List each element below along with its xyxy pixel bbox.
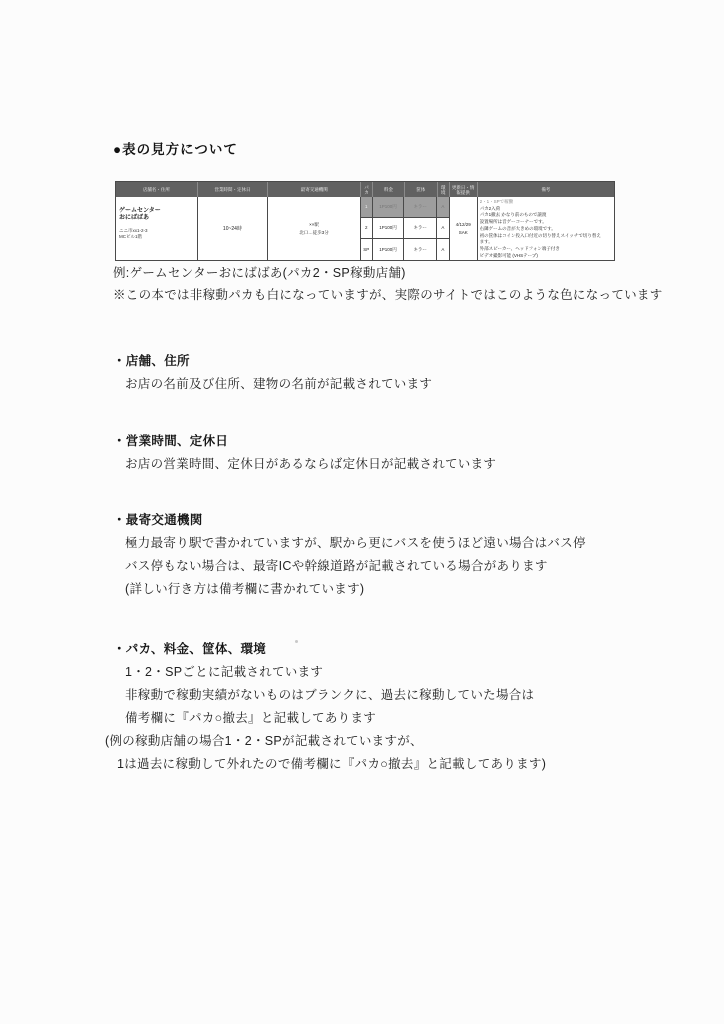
header-store: 店舗名・住所 — [116, 182, 198, 197]
store-cell: ゲームセンター おにばばあ ニニ市xx1-2-3 MCビル1階 — [116, 197, 198, 260]
updated-date: 4/12/29 — [456, 222, 471, 228]
price-value: 1P100円 — [373, 239, 405, 260]
section-line: お店の営業時間、定休日があるならば定休日が記載されています — [125, 453, 496, 476]
scan-speck — [295, 640, 298, 643]
section-line: 1・2・SPごとに記載されています — [125, 661, 546, 684]
access-walk: 北口…徒歩3分 — [299, 230, 329, 236]
paka-number: 2 — [361, 218, 373, 238]
env-value: A — [437, 239, 449, 260]
section-line: バス停もない場合は、最寄ICや幹線道路が記載されている場合があります — [125, 555, 586, 578]
remark-line: 2・1・SPで稼働 — [480, 199, 612, 206]
table-body-row: ゲームセンター おにばばあ ニニ市xx1-2-3 MCビル1階 10~24時 ×… — [116, 197, 614, 260]
remark-line: 外部スピーカー、ヘッドフォン端子付き — [480, 246, 612, 253]
section-title: ・営業時間、定休日 — [113, 430, 496, 453]
section-store-address: ・店舗、住所 お店の名前及び住所、建物の名前が記載されています — [105, 350, 432, 396]
table-header-row: 店舗名・住所 営業時間・定休日 最寄交通機関 パカ 料金 筐体 環境 更新日・情… — [116, 182, 614, 197]
paka-number: SP — [361, 239, 373, 260]
store-address-line2: MCビル1階 — [119, 234, 194, 240]
section-line: お店の名前及び住所、建物の名前が記載されています — [125, 373, 432, 396]
header-price: 料金 — [373, 182, 405, 197]
remark-line: ます。 — [480, 239, 612, 246]
access-station: ××駅 — [309, 222, 319, 228]
hours-cell: 10~24時 — [198, 197, 269, 260]
price-value: 1P100円 — [373, 197, 405, 217]
cabinet-value: キラー — [404, 218, 437, 238]
store-name-line1: ゲームセンター — [119, 208, 194, 215]
section-line: 備考欄に『パカ○撤去』と記載してあります — [125, 707, 546, 730]
remark-line: パカ2入荷 — [480, 206, 612, 213]
section-line: 1は過去に稼動して外れたので備考欄に『パカ○撤去』と記載してあります) — [117, 753, 546, 776]
caption-note: ※この本では非稼動パカも白になっていますが、実際のサイトではこのような色になって… — [113, 284, 663, 306]
paka-row-2: 2 1P100円 キラー A — [361, 218, 449, 239]
section-title: ・最寄交通機関 — [113, 509, 586, 532]
section-hours: ・営業時間、定休日 お店の営業時間、定休日があるならば定休日が記載されています — [105, 430, 496, 476]
cabinet-value: キラー — [404, 197, 437, 217]
header-hours: 営業時間・定休日 — [198, 182, 269, 197]
section-line: 極力最寄り駅で書かれていますが、駅から更にバスを使うほど遠い場合はバス停 — [125, 532, 586, 555]
remark-line: ビデオ撮影可能 (VHSテープ) — [480, 253, 612, 260]
header-remarks: 備考 — [478, 182, 614, 197]
scanned-document-page: ●表の見方について 店舗名・住所 営業時間・定休日 最寄交通機関 パカ 料金 筐… — [0, 0, 724, 1024]
section-line: (詳しい行き方は備考欄に書かれています) — [125, 578, 586, 601]
header-paka: パカ — [361, 182, 373, 197]
section-title: ・店舗、住所 — [113, 350, 432, 373]
paka-row-1: 1 1P100円 キラー A — [361, 197, 449, 218]
paka-number: 1 — [361, 197, 373, 217]
env-value: A — [437, 197, 449, 217]
remark-line: 初の筐体はコイン投入口付近の切り替えスイッチで切り替え — [480, 233, 612, 240]
remark-line: 右隣ゲームの音が大きめの環境です。 — [480, 226, 612, 233]
paka-row-sp: SP 1P100円 キラー A — [361, 239, 449, 260]
cabinet-value: キラー — [404, 239, 437, 260]
section-title: ・パカ、料金、筐体、環境 — [113, 638, 546, 661]
header-cabinet: 筐体 — [405, 182, 438, 197]
section-line: 非稼動で稼動実績がないものはブランクに、過去に稼動していた場合は — [125, 684, 546, 707]
paka-grid: 1 1P100円 キラー A 2 1P100円 キラー A SP 1P100円 … — [361, 197, 450, 260]
access-cell: ××駅 北口…徒歩3分 — [268, 197, 361, 260]
section-line: (例の稼動店舗の場合1・2・SPが記載されていますが、 — [105, 730, 546, 753]
updated-cell: 4/12/29 SAK — [450, 197, 478, 260]
header-access: 最寄交通機関 — [268, 182, 361, 197]
section-paka-info: ・パカ、料金、筐体、環境 1・2・SPごとに記載されています 非稼動で稼動実績が… — [105, 638, 546, 776]
remarks-cell: 2・1・SPで稼働 パカ2入荷 パカ1撤去 かなり前のもので譲渡 設置場所は音ゲ… — [478, 197, 614, 260]
remark-line: 設置場所は音ゲーコーナーです。 — [480, 219, 612, 226]
price-value: 1P100円 — [373, 218, 405, 238]
env-value: A — [437, 218, 449, 238]
caption-example: 例:ゲームセンターおにばばあ(パカ2・SP稼動店舗) — [113, 262, 663, 284]
updated-provider: SAK — [459, 230, 468, 236]
header-env: 環境 — [438, 182, 450, 197]
store-name-line2: おにばばあ — [119, 215, 194, 222]
table-captions: 例:ゲームセンターおにばばあ(パカ2・SP稼動店舗) ※この本では非稼動パカも白… — [113, 262, 663, 306]
header-updated: 更新日・情報提供 — [450, 182, 478, 197]
remark-line: パカ1撤去 かなり前のもので譲渡 — [480, 212, 612, 219]
example-store-table: 店舗名・住所 営業時間・定休日 最寄交通機関 パカ 料金 筐体 環境 更新日・情… — [115, 181, 615, 261]
page-title: ●表の見方について — [113, 138, 238, 158]
section-access: ・最寄交通機関 極力最寄り駅で書かれていますが、駅から更にバスを使うほど遠い場合… — [105, 509, 586, 601]
